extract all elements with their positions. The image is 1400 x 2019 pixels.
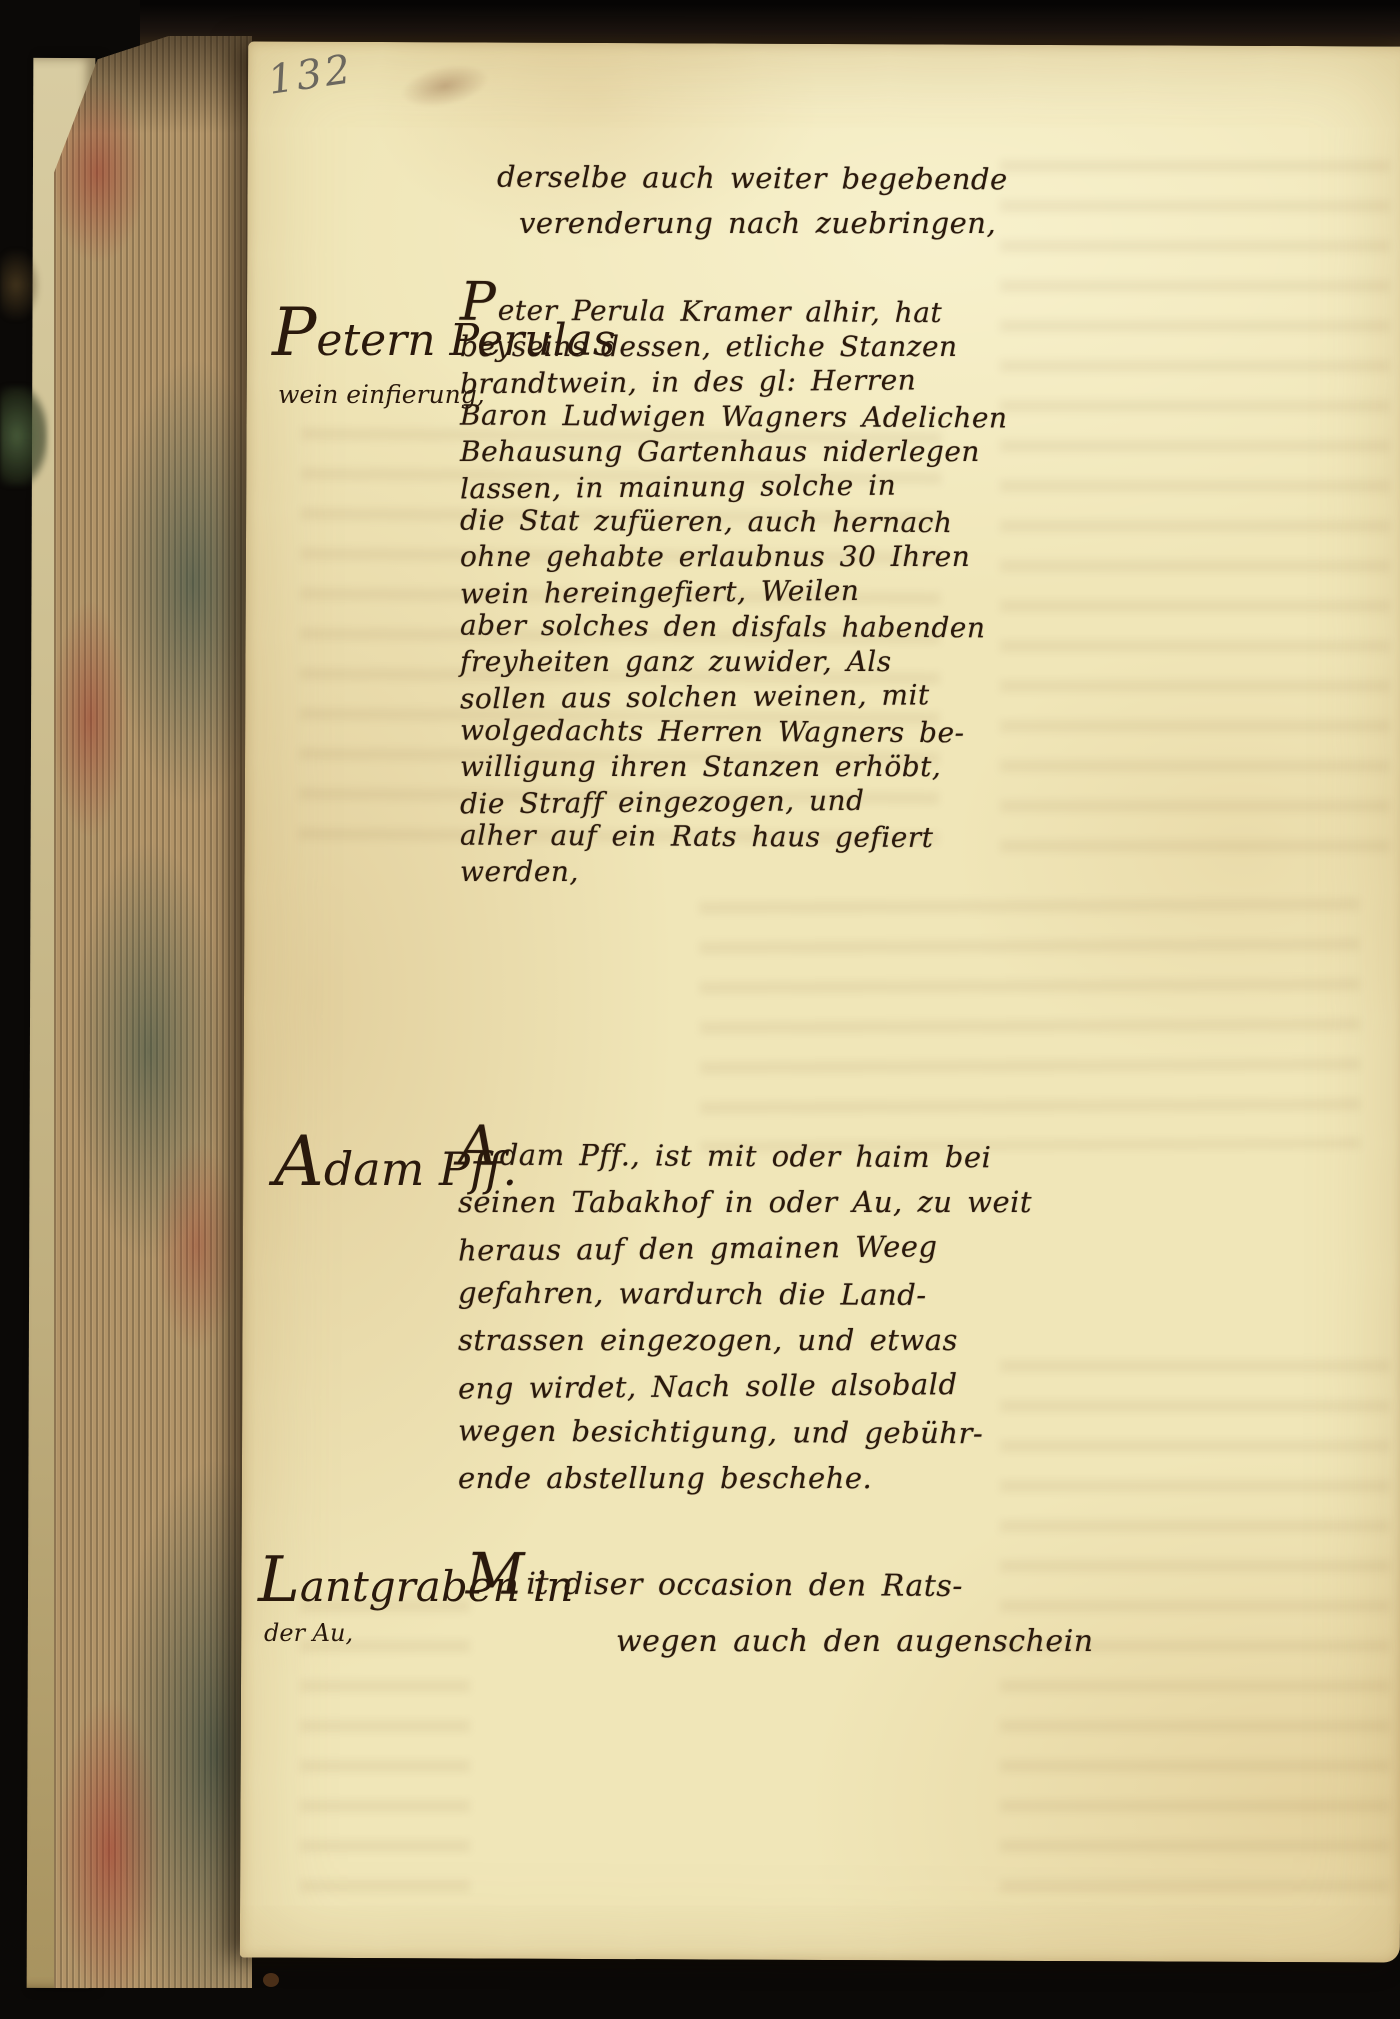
manuscript-line: wein hereingefiert, Weilen — [460, 572, 1008, 612]
page-number: 132 — [265, 46, 356, 103]
intro-paragraph: derselbe auch weiter begebendeverenderun… — [497, 156, 1008, 246]
manuscript-line: heraus auf den gmainen Weeg — [458, 1222, 1032, 1273]
manuscript-line: derselbe auch weiter begebende — [497, 155, 1008, 203]
manuscript-line: Adam Pff., ist mit oder haim bei — [458, 1122, 1032, 1180]
manuscript-line: wegen auch den augenschein — [616, 1614, 1094, 1670]
ink-speck — [263, 1973, 279, 1987]
manuscript-line: freyheiten ganz zuwider, Als — [460, 644, 1008, 679]
manuscript-line: gefahren, wardurch die Land- — [458, 1269, 1032, 1318]
manuscript-line: strassen eingezogen, und etwas — [458, 1317, 1032, 1363]
manuscript-line: aber solches den disfals habenden — [460, 608, 1008, 646]
manuscript-line: Behausung Gartenhaus niderlegen — [460, 434, 1008, 469]
manuscript-line: die Stat zufüeren, auch hernach — [460, 503, 1008, 541]
manuscript-line: eng wirdet, Nach solle alsobald — [458, 1360, 1032, 1411]
manuscript-line: ende abstellung beschehe. — [458, 1455, 1032, 1501]
manuscript-line: lassen, in mainung solche in — [460, 467, 1008, 507]
manuscript-line: seinen Tabakhof in oder Au, zu weit — [458, 1179, 1032, 1225]
manuscript-line: sollen aus solchen weinen, mit — [460, 677, 1008, 717]
page-content: 132 derselbe auch weiter begebendeverend… — [0, 0, 1400, 2019]
manuscript-line: brandtwein, in des gl: Herren — [460, 362, 1008, 402]
manuscript-line: verenderung nach zuebringen, — [519, 201, 1008, 246]
manuscript-line: Mit diser occasion den Rats- — [466, 1546, 1094, 1615]
manuscript-line: werden, — [460, 854, 1008, 889]
manuscript-line: ohne gehabte erlaubnus 30 Ihren — [460, 539, 1008, 574]
manuscript-line: Peter Perula Kramer alhir, hat — [460, 285, 1008, 331]
manuscript-photo: 132 derselbe auch weiter begebendeverend… — [0, 0, 1400, 2019]
manuscript-line: wegen besichtigung, und gebühr- — [458, 1407, 1032, 1456]
manuscript-line: willigung ihren Stanzen erhöbt, — [460, 749, 1008, 784]
manuscript-line: wolgedachts Herren Wagners be- — [460, 713, 1008, 751]
entry-body-adam: Adam Pff., ist mit oder haim beiseinen T… — [458, 1124, 1032, 1501]
manuscript-line: beyseins dessen, etliche Stanzen — [460, 329, 1008, 364]
manuscript-line: alher auf ein Rats haus gefiert — [460, 818, 1008, 856]
manuscript-line: Baron Ludwigen Wagners Adelichen — [460, 398, 1008, 436]
manuscript-line: die Straff eingezogen, und — [460, 782, 1008, 822]
entry-body-lantgraben: Mit diser occasion den Rats-wegen auch d… — [466, 1548, 1094, 1670]
entry-body-perulas: Peter Perula Kramer alhir, hatbeyseins d… — [460, 286, 1008, 889]
